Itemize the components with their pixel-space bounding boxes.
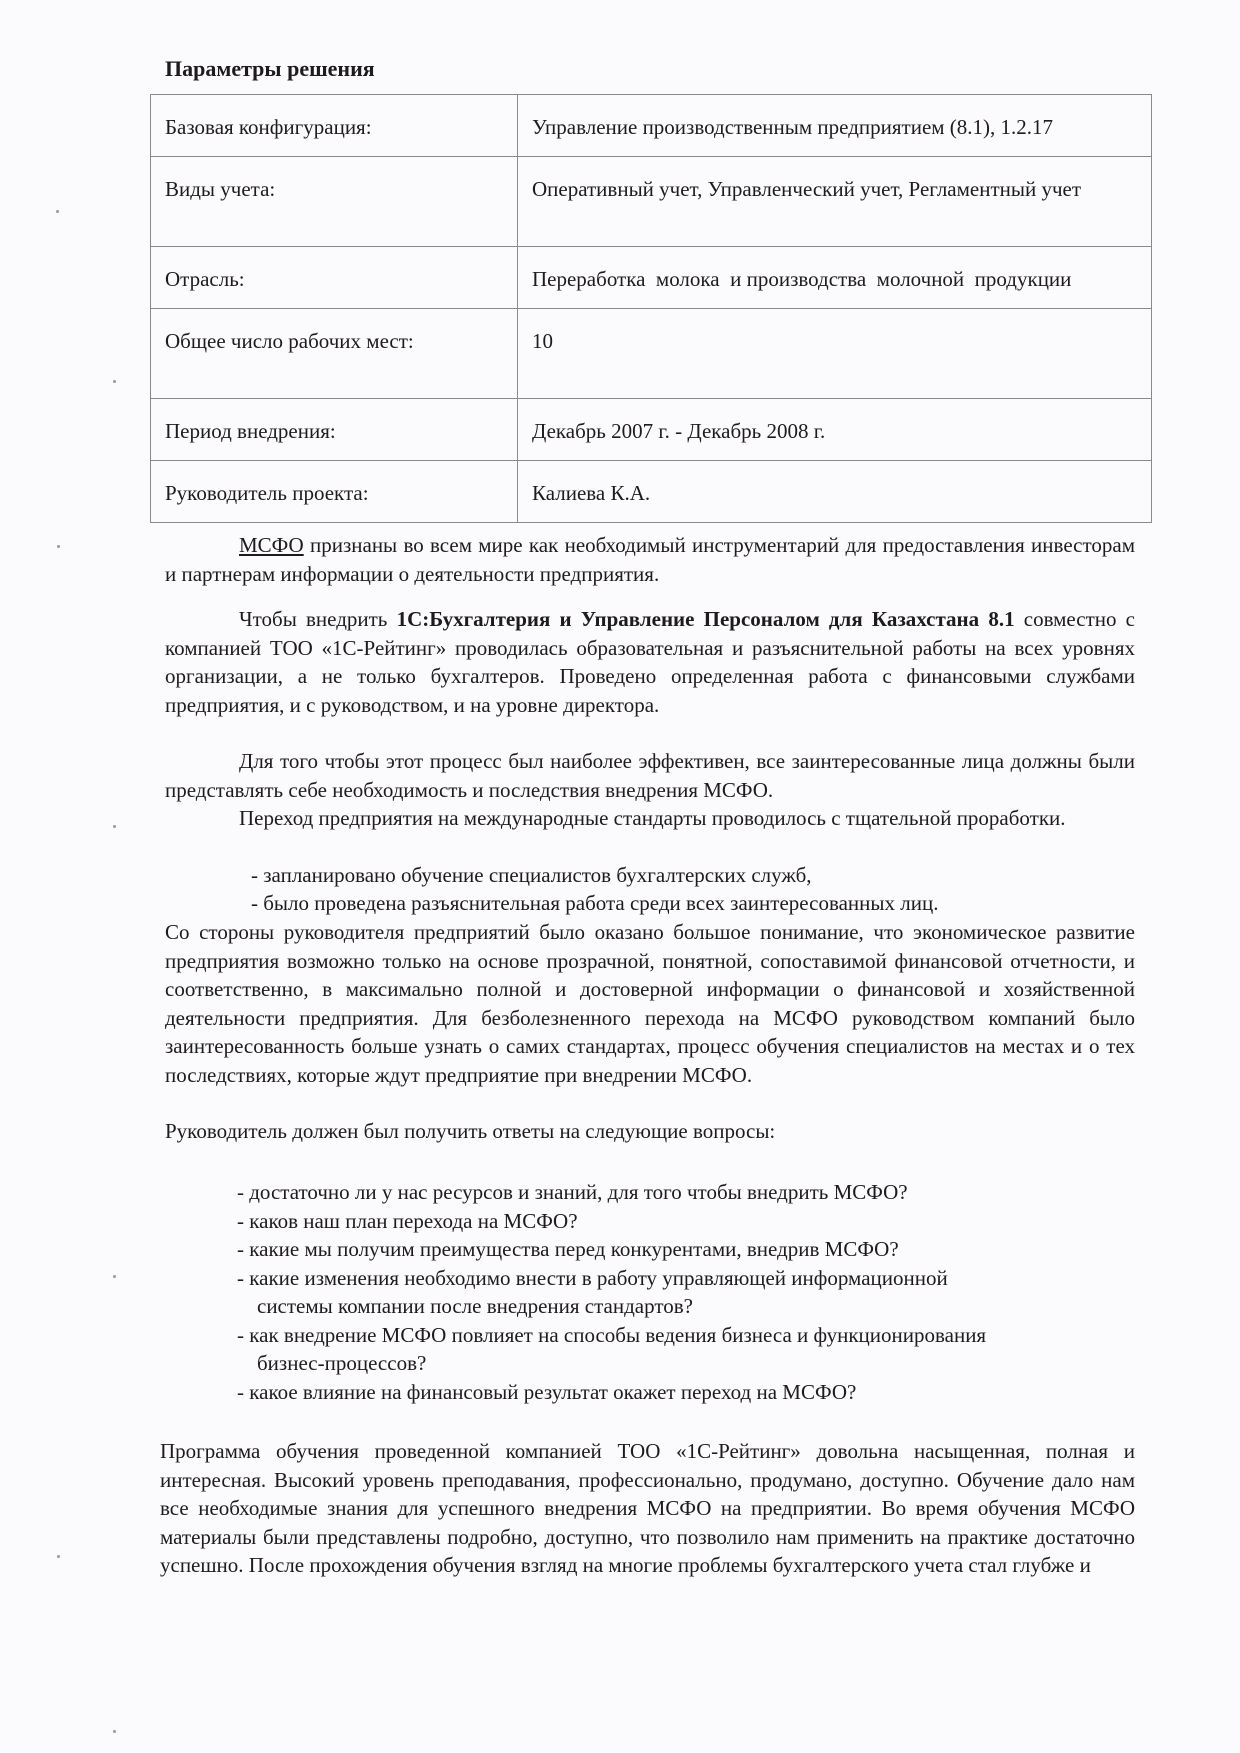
- table-row: Базовая конфигурация: Управление произво…: [151, 95, 1152, 157]
- param-value: 10: [518, 309, 1152, 399]
- bullet-explanation: - было проведена разъяснительная работа …: [251, 889, 1135, 918]
- param-value: Оперативный учет, Управленческий учет, Р…: [518, 157, 1152, 247]
- scan-speck: [113, 380, 116, 383]
- param-label: Виды учета:: [151, 157, 518, 247]
- param-value: Калиева К.А.: [518, 461, 1152, 523]
- paragraph-implementation: Чтобы внедрить 1С:Бухгалтерия и Управлен…: [165, 605, 1135, 719]
- param-value: Переработка молока и производства молочн…: [518, 247, 1152, 309]
- ifrs-link[interactable]: МСФО: [239, 533, 304, 557]
- param-value: Декабрь 2007 г. - Декабрь 2008 г.: [518, 399, 1152, 461]
- document-page: Параметры решения Базовая конфигурация: …: [0, 0, 1240, 1753]
- param-label: Отрасль:: [151, 247, 518, 309]
- list-item: - какие изменения необходимо внести в ра…: [237, 1264, 1137, 1321]
- paragraph-process: Для того чтобы этот процесс был наиболее…: [165, 747, 1135, 804]
- param-label: Руководитель проекта:: [151, 461, 518, 523]
- paragraph-training-review: Программа обучения проведенной компанией…: [160, 1437, 1135, 1580]
- scan-speck: [56, 210, 59, 213]
- scan-speck: [113, 1730, 116, 1733]
- table-row: Виды учета: Оперативный учет, Управленче…: [151, 157, 1152, 247]
- paragraph-management: Со стороны руководителя предприятий было…: [165, 918, 1135, 1089]
- table-row: Период внедрения: Декабрь 2007 г. - Дека…: [151, 399, 1152, 461]
- product-name: 1С:Бухгалтерия и Управление Персоналом д…: [397, 607, 1015, 631]
- scan-speck: [113, 825, 116, 828]
- scan-speck: [57, 1555, 60, 1558]
- list-item: - каков наш план перехода на МСФО?: [237, 1207, 1137, 1236]
- scan-speck: [57, 545, 60, 548]
- paragraph-questions-intro: Руководитель должен был получить ответы …: [165, 1117, 1135, 1146]
- paragraph-transition: Переход предприятия на международные ста…: [165, 804, 1135, 833]
- table-row: Отрасль: Переработка молока и производст…: [151, 247, 1152, 309]
- param-label: Период внедрения:: [151, 399, 518, 461]
- section-heading: Параметры решения: [165, 56, 375, 82]
- list-item: - какое влияние на финансовый результат …: [237, 1378, 1137, 1407]
- paragraph-ifrs-intro: МСФО признаны во всем мире как необходим…: [165, 531, 1135, 588]
- table-row: Руководитель проекта: Калиева К.А.: [151, 461, 1152, 523]
- table-row: Общее число рабочих мест: 10: [151, 309, 1152, 399]
- questions-list: - достаточно ли у нас ресурсов и знаний,…: [237, 1178, 1137, 1406]
- list-item: - какие мы получим преимущества перед ко…: [237, 1235, 1137, 1264]
- parameters-table: Базовая конфигурация: Управление произво…: [150, 94, 1152, 523]
- list-item: - как внедрение МСФО повлияет на способы…: [237, 1321, 1137, 1378]
- scan-speck: [113, 1275, 116, 1278]
- param-label: Общее число рабочих мест:: [151, 309, 518, 399]
- param-label: Базовая конфигурация:: [151, 95, 518, 157]
- list-item: - достаточно ли у нас ресурсов и знаний,…: [237, 1178, 1137, 1207]
- bullet-training: - запланировано обучение специалистов бу…: [251, 861, 812, 890]
- param-value: Управление производственным предприятием…: [518, 95, 1152, 157]
